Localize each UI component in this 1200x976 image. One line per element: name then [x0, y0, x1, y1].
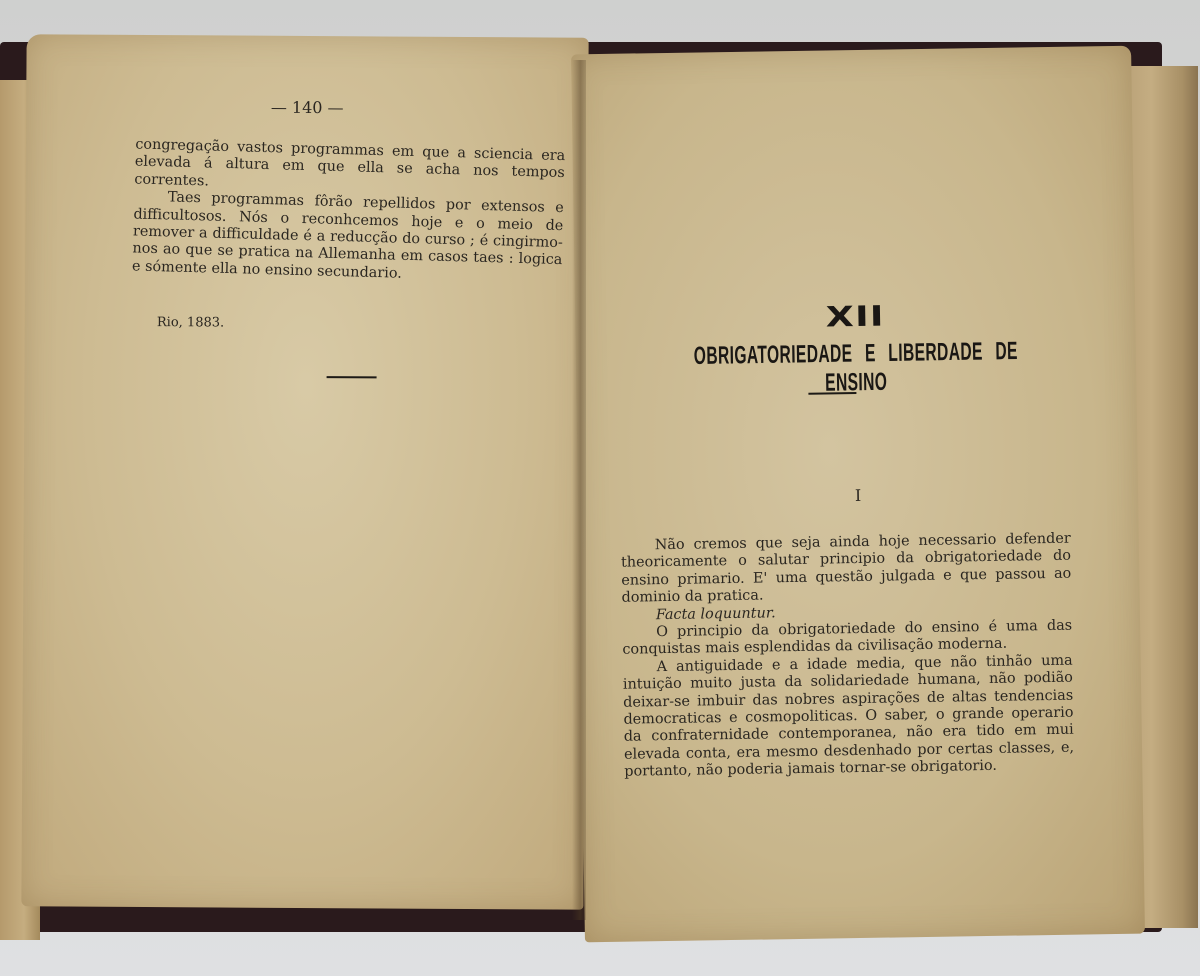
- dateline: Rio, 1883.: [157, 315, 224, 330]
- right-page-body: Não cremos que seja ainda hoje necessari…: [621, 531, 1075, 782]
- book-gutter: [572, 60, 586, 920]
- page-number: — 140 —: [26, 96, 588, 118]
- paragraph: Não cremos que seja ainda hoje necessari…: [621, 531, 1072, 608]
- paragraph: A antiguidade e a idade media, que não t…: [623, 652, 1075, 781]
- paragraph: Taes programmas fôrão repellidos por ext…: [132, 189, 564, 288]
- left-page: — 140 — congregação vastos programmas em…: [21, 34, 588, 909]
- left-page-body: congregação vastos programmas em que a s…: [132, 136, 566, 287]
- section-number: I: [578, 482, 1138, 510]
- right-page: XII OBRIGATORIEDADE E LIBERDADE DE ENSIN…: [571, 46, 1145, 943]
- chapter-number: XII: [491, 294, 1200, 338]
- section-divider: [327, 376, 377, 378]
